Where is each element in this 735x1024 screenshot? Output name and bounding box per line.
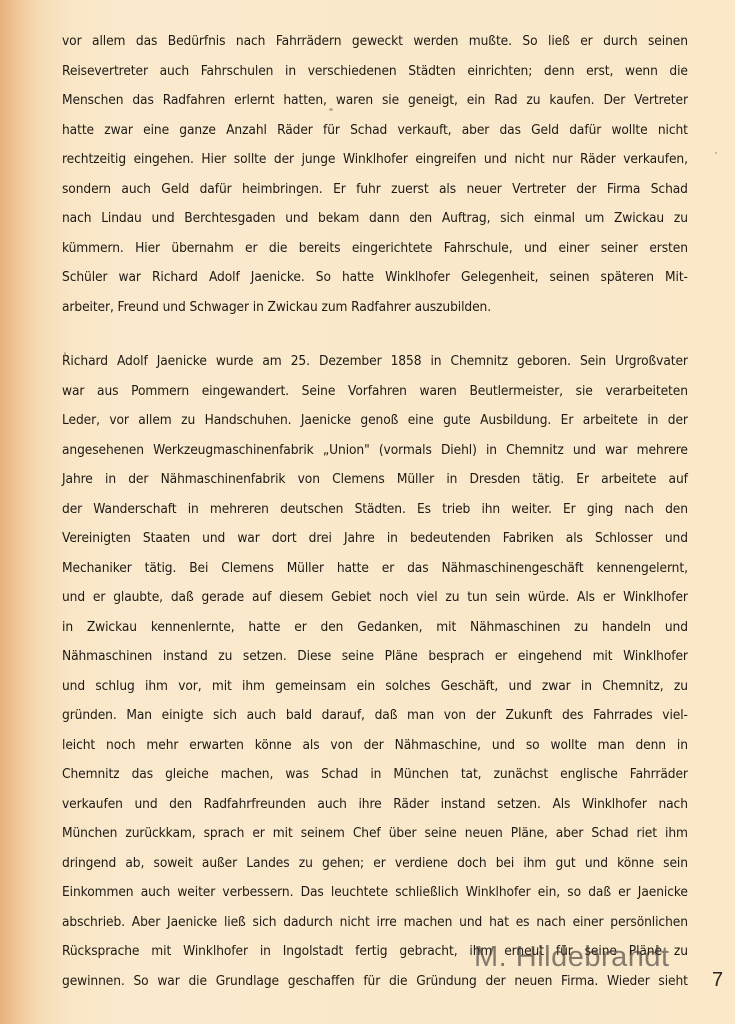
text-line: leicht noch mehr erwarten könne als von … [62,731,688,761]
text-line: Jahre in der Nähmaschinenfabrik von Clem… [62,465,688,495]
text-line: hatte zwar eine ganze Anzahl Räder für S… [62,116,688,146]
text-line: war aus Pommern eingewandert. Seine Vorf… [62,377,688,407]
text-line: Chemnitz das gleiche machen, was Schad i… [62,760,688,790]
text-line: Mechaniker tätig. Bei Clemens Müller hat… [62,554,688,584]
text-line: kümmern. Hier übernahm er die bereits ei… [62,234,688,264]
paper-speck [715,152,717,154]
text-line: der Wanderschaft in mehreren deutschen S… [62,495,688,525]
text-line: in Zwickau kennenlernte, hatte er den Ge… [62,613,688,643]
text-line: gründen. Man einigte sich auch bald dara… [62,701,688,731]
text-line: Nähmaschinen instand zu setzen. Diese se… [62,642,688,672]
text-line: Menschen das Radfahren erlernt hatten, w… [62,86,688,116]
paper-speck [64,352,66,356]
text-line: Schüler war Richard Adolf Jaenicke. So h… [62,263,688,293]
text-line: arbeiter, Freund und Schwager in Zwickau… [62,293,688,323]
paper-speck [329,108,333,111]
text-line: rechtzeitig eingehen. Hier sollte der ju… [62,145,688,175]
paragraph-1: vor allem das Bedürfnis nach Fahrrädern … [62,27,688,322]
text-line: sondern auch Geld dafür heimbringen. Er … [62,175,688,205]
text-line: Richard Adolf Jaenicke wurde am 25. Deze… [62,347,688,377]
text-line: vor allem das Bedürfnis nach Fahrrädern … [62,27,688,57]
text-line: Einkommen auch weiter verbessern. Das le… [62,878,688,908]
text-line: Leder, vor allem zu Handschuhen. Jaenick… [62,406,688,436]
text-line: angesehenen Werkzeugmaschinenfabrik „Uni… [62,436,688,466]
text-line: gewinnen. So war die Grundlage geschaffe… [62,967,688,997]
paragraph-2: Richard Adolf Jaenicke wurde am 25. Deze… [62,347,688,996]
text-line: abschrieb. Aber Jaenicke ließ sich dadur… [62,908,688,938]
text-line: Reisevertreter auch Fahrschulen in versc… [62,57,688,87]
text-line: Vereinigten Staaten und war dort drei Ja… [62,524,688,554]
book-page: vor allem das Bedürfnis nach Fahrrädern … [0,0,735,1024]
text-line: und schlug ihm vor, mit ihm gemeinsam ei… [62,672,688,702]
text-line: dringend ab, soweit außer Landes zu gehe… [62,849,688,879]
text-line: München zurückkam, sprach er mit seinem … [62,819,688,849]
text-line: Rücksprache mit Winklhofer in Ingolstadt… [62,937,688,967]
text-line: und er glaubte, daß gerade auf diesem Ge… [62,583,688,613]
page-number: 7 [712,969,723,992]
text-line: verkaufen und den Radfahrfreunden auch i… [62,790,688,820]
text-line: nach Lindau und Berchtesgaden und bekam … [62,204,688,234]
